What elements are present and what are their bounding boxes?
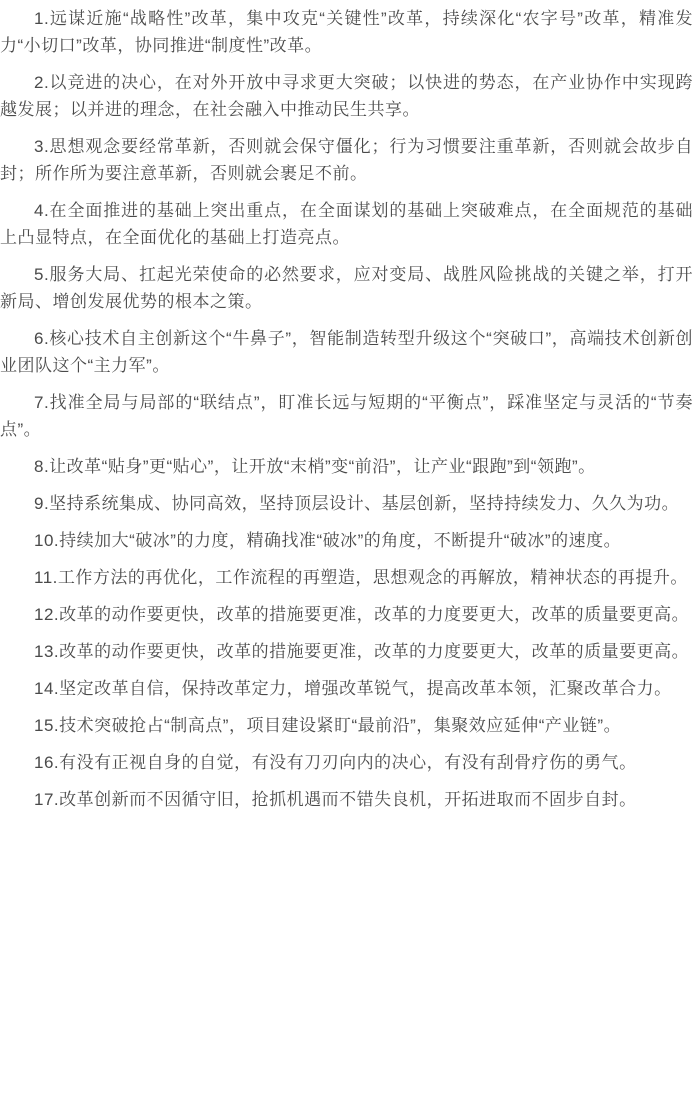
paragraph-06: 6.核心技术自主创新这个“牛鼻子”，智能制造转型升级这个“突破口”，高端技术创新…: [0, 325, 693, 379]
paragraph-17: 17.改革创新而不因循守旧，抢抓机遇而不错失良机，开拓进取而不固步自封。: [0, 786, 693, 813]
paragraph-10: 10.持续加大“破冰”的力度，精确找准“破冰”的角度，不断提升“破冰”的速度。: [0, 527, 693, 554]
paragraph-14: 14.坚定改革自信，保持改革定力，增强改革锐气，提高改革本领，汇聚改革合力。: [0, 675, 693, 702]
paragraph-02: 2.以竞进的决心，在对外开放中寻求更大突破；以快进的势态，在产业协作中实现跨越发…: [0, 69, 693, 123]
paragraph-11: 11.工作方法的再优化，工作流程的再塑造，思想观念的再解放，精神状态的再提升。: [0, 564, 693, 591]
paragraph-15: 15.技术突破抢占“制高点”，项目建设紧盯“最前沿”，集聚效应延伸“产业链”。: [0, 712, 693, 739]
paragraph-04: 4.在全面推进的基础上突出重点，在全面谋划的基础上突破难点，在全面规范的基础上凸…: [0, 197, 693, 251]
paragraph-01: 1.远谋近施“战略性”改革，集中攻克“关键性”改革，持续深化“农字号”改革，精准…: [0, 5, 693, 59]
paragraph-13: 13.改革的动作要更快，改革的措施要更准，改革的力度要更大，改革的质量要更高。: [0, 638, 693, 665]
paragraph-03: 3.思想观念要经常革新，否则就会保守僵化；行为习惯要注重革新，否则就会故步自封；…: [0, 133, 693, 187]
document-body: 1.远谋近施“战略性”改革，集中攻克“关键性”改革，持续深化“农字号”改革，精准…: [0, 0, 693, 813]
paragraph-08: 8.让改革“贴身”更“贴心”，让开放“末梢”变“前沿”，让产业“跟跑”到“领跑”…: [0, 453, 693, 480]
paragraph-12: 12.改革的动作要更快，改革的措施要更准，改革的力度要更大，改革的质量要更高。: [0, 601, 693, 628]
paragraph-07: 7.找准全局与局部的“联结点”，盯准长远与短期的“平衡点”，踩准坚定与灵活的“节…: [0, 389, 693, 443]
paragraph-09: 9.坚持系统集成、协同高效，坚持顶层设计、基层创新，坚持持续发力、久久为功。: [0, 490, 693, 517]
paragraph-16: 16.有没有正视自身的自觉，有没有刀刃向内的决心，有没有刮骨疗伤的勇气。: [0, 749, 693, 776]
paragraph-05: 5.服务大局、扛起光荣使命的必然要求，应对变局、战胜风险挑战的关键之举，打开新局…: [0, 261, 693, 315]
